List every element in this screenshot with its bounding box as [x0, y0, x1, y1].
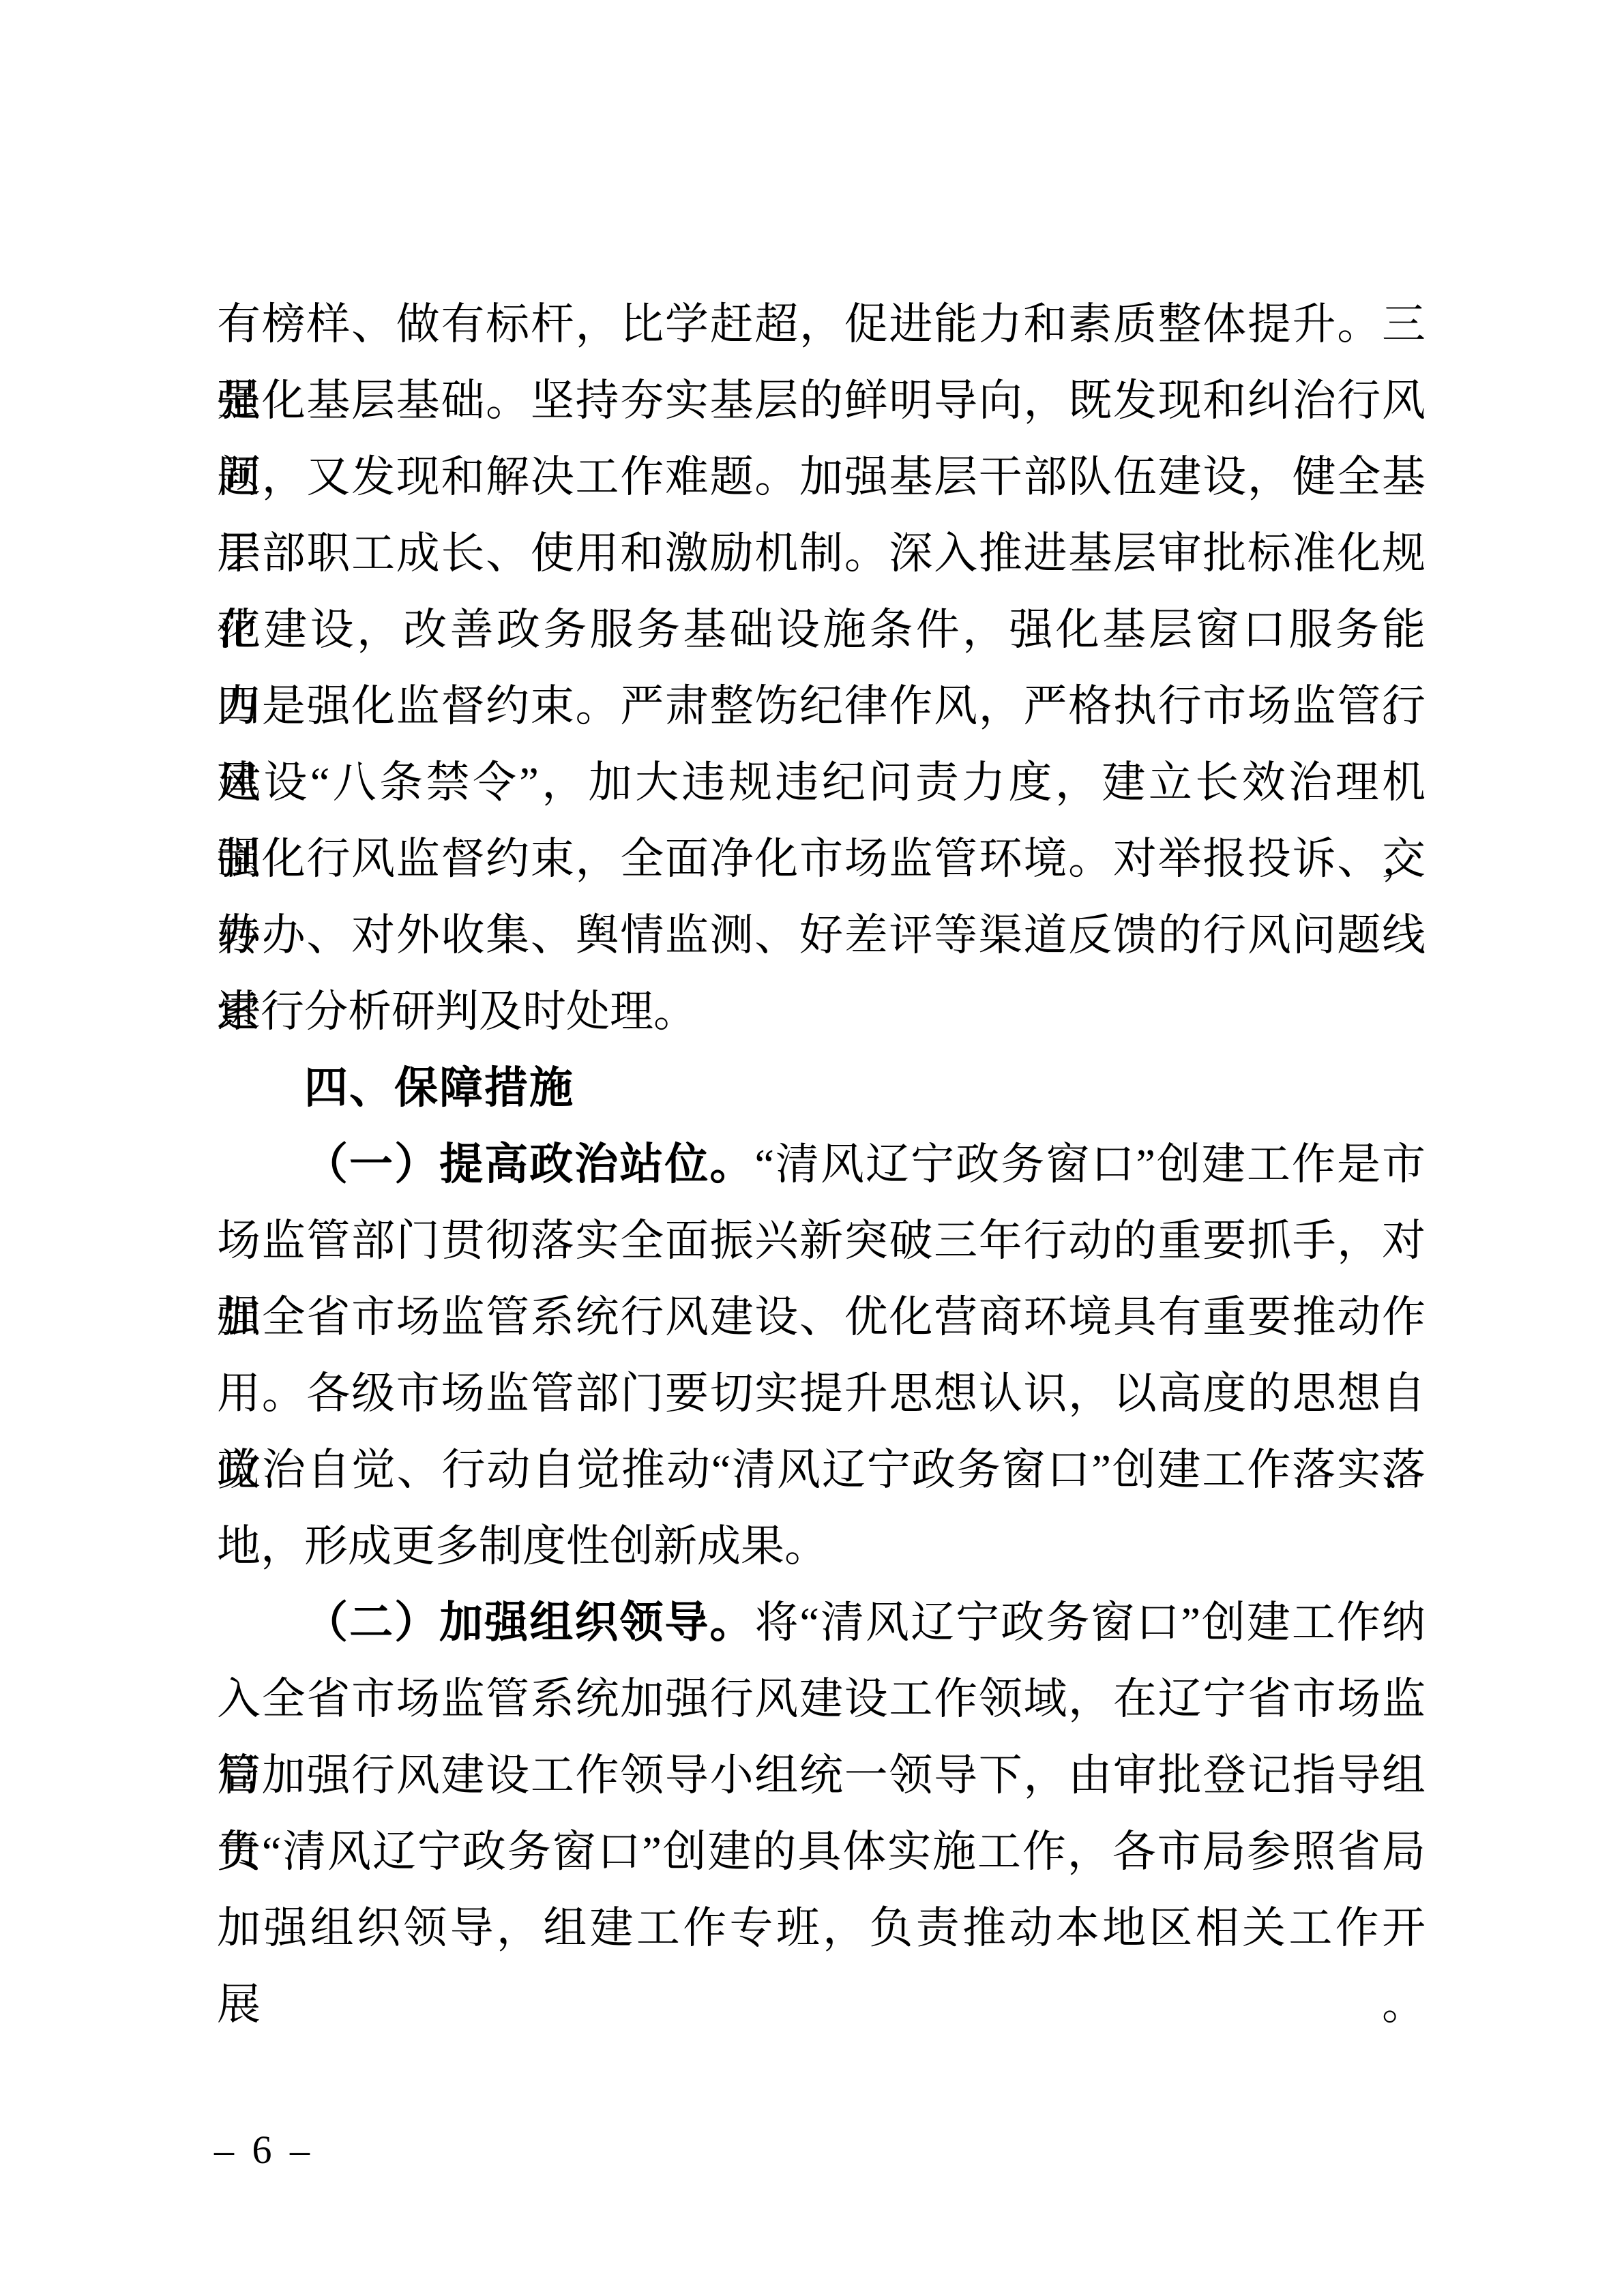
body-line: 四是强化监督约束。严肃整饬纪律作风，严格执行市场监管行风 — [217, 668, 1426, 745]
document-page: 有榜样、做有标杆，比学赶超，促进能力和素质整体提升。三是 强化基层基础。坚持夯实… — [0, 0, 1624, 2296]
body-line: 化建设，改善政务服务基础设施条件，强化基层窗口服务能力。 — [217, 592, 1426, 668]
body-line: 干部职工成长、使用和激励机制。深入推进基层审批标准化规范 — [217, 516, 1426, 592]
body-line: 强化行风监督约束，全面净化市场监管环境。对举报投诉、交办 — [217, 821, 1426, 897]
paragraph-lead-1: （一）提高政治站位。 — [304, 1140, 754, 1189]
body-line: 进行分析研判及时处理。 — [217, 974, 1426, 1050]
body-line: 转办、对外收集、舆情监测、好差评等渠道反馈的行风问题线索 — [217, 897, 1426, 974]
body-line: 责“清风辽宁政务窗口”创建的具体实施工作，各市局参照省局 — [217, 1814, 1426, 1890]
document-body: 有榜样、做有标杆，比学赶超，促进能力和素质整体提升。三是 强化基层基础。坚持夯实… — [217, 286, 1426, 1967]
body-line: （一）提高政治站位。“清风辽宁政务窗口”创建工作是市 — [217, 1127, 1426, 1203]
body-line: 强全省市场监管系统行风建设、优化营商环境具有重要推动作 — [217, 1279, 1426, 1356]
body-line: 加强组织领导，组建工作专班，负责推动本地区相关工作开展。 — [217, 1890, 1426, 1967]
body-line: 政治自觉、行动自觉推动“清风辽宁政务窗口”创建工作落实落 — [217, 1432, 1426, 1508]
body-line: 强化基层基础。坚持夯实基层的鲜明导向，既发现和纠治行风问 — [217, 363, 1426, 439]
body-line: 地，形成更多制度性创新成果。 — [217, 1508, 1426, 1585]
body-line: 用。各级市场监管部门要切实提升思想认识，以高度的思想自觉、 — [217, 1356, 1426, 1432]
body-line: 有榜样、做有标杆，比学赶超，促进能力和素质整体提升。三是 — [217, 286, 1426, 363]
body-text: 将“清风辽宁政务窗口”创建工作纳 — [754, 1598, 1426, 1647]
page-number: – 6 – — [214, 2126, 314, 2174]
paragraph-lead-2: （二）加强组织领导。 — [304, 1598, 754, 1647]
section-heading-4: 四、保障措施 — [217, 1050, 1426, 1127]
body-text: “清风辽宁政务窗口”创建工作是市 — [754, 1140, 1426, 1189]
body-line: 场监管部门贯彻落实全面振兴新突破三年行动的重要抓手，对加 — [217, 1203, 1426, 1279]
body-line: 建设“八条禁令”，加大违规违纪问责力度，建立长效治理机制， — [217, 745, 1426, 821]
body-line: 题，又发现和解决工作难题。加强基层干部队伍建设，健全基层 — [217, 439, 1426, 516]
body-line: 入全省市场监管系统加强行风建设工作领域，在辽宁省市场监管 — [217, 1661, 1426, 1738]
body-line: （二）加强组织领导。将“清风辽宁政务窗口”创建工作纳 — [217, 1585, 1426, 1661]
body-line: 局加强行风建设工作领导小组统一领导下，由审批登记指导组负 — [217, 1738, 1426, 1814]
